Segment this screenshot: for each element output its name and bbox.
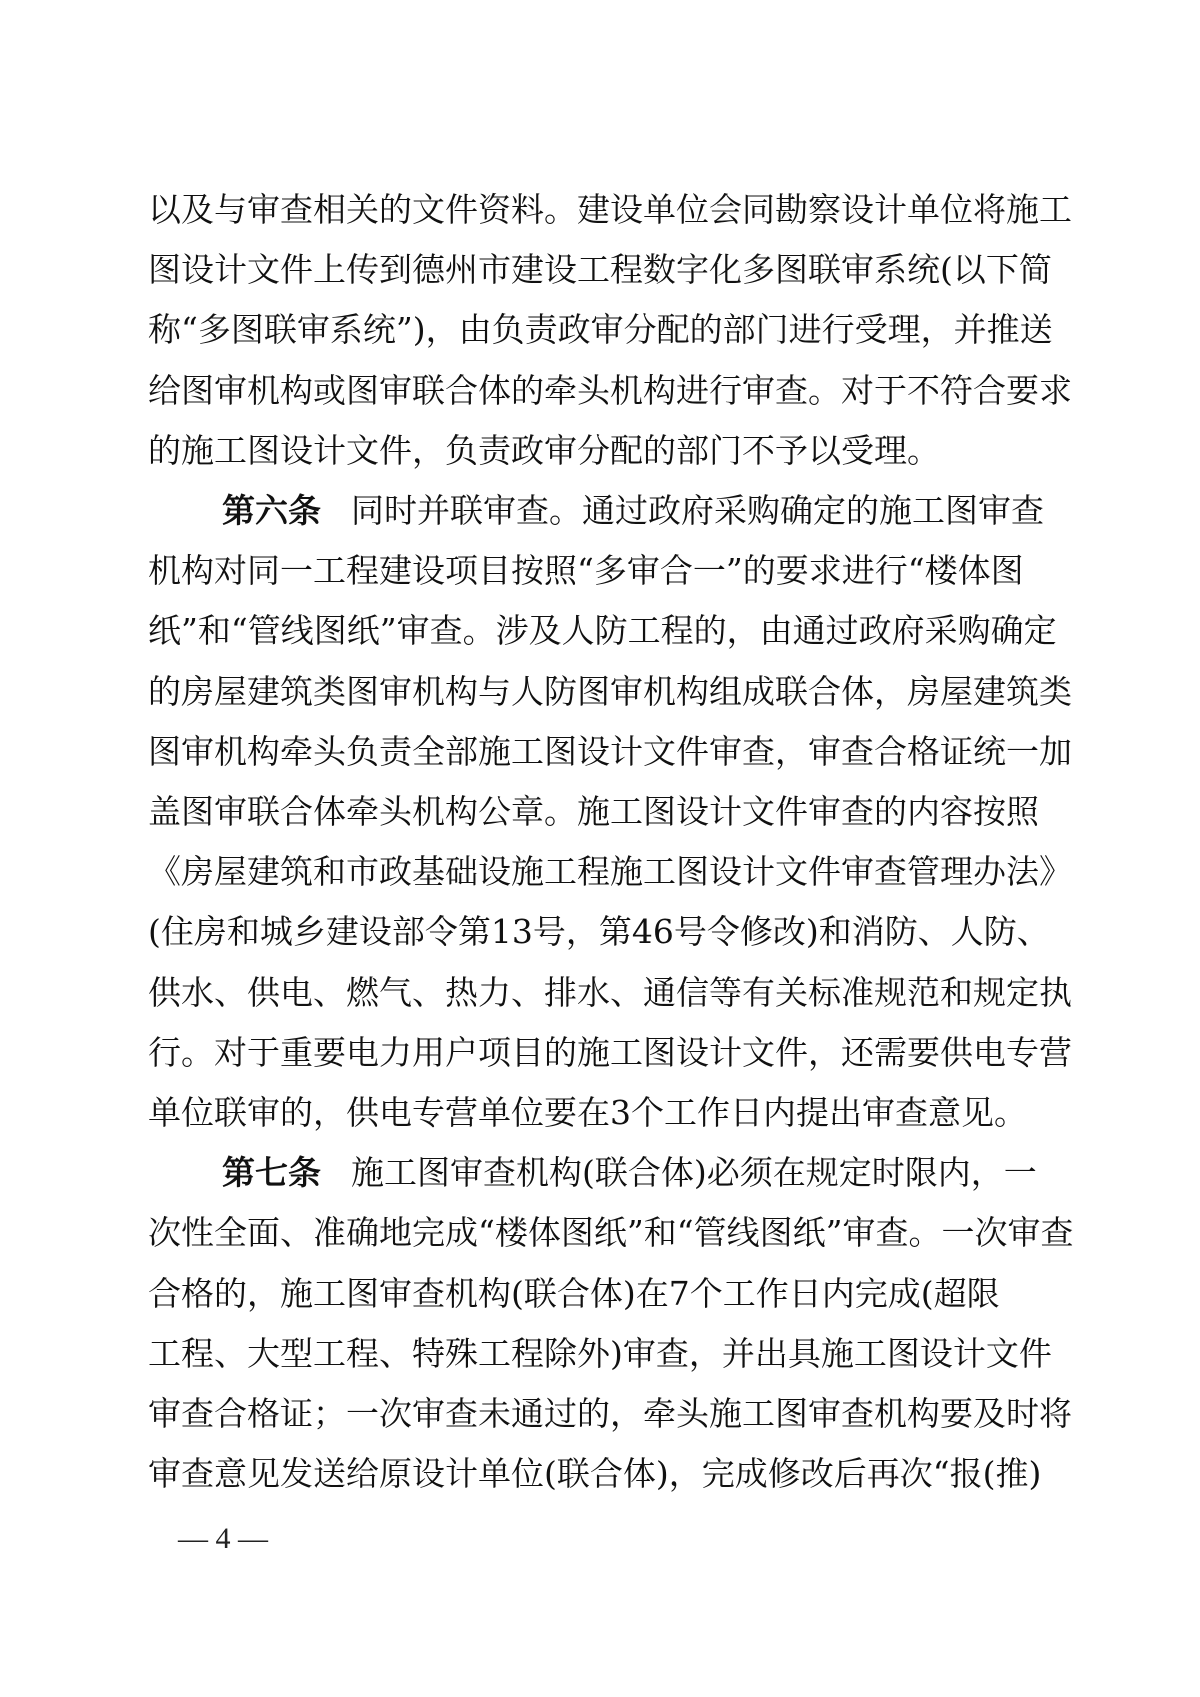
text-line: 图设计文件上传到德州市建设工程数字化多图联审系统(以下简 <box>148 240 968 300</box>
line-text: 次性全面、准确地完成“楼体图纸”和“管线图纸”审查。一次审查 <box>148 1213 1073 1252</box>
text-line: 图审机构牵头负责全部施工图设计文件审查，审查合格证统一加 <box>148 722 968 782</box>
line-text: 审查意见发送给原设计单位(联合体)，完成修改后再次“报(推) <box>148 1454 1041 1493</box>
page-number: — 4 — <box>178 1522 268 1556</box>
line-text: 的房屋建筑类图审机构与人防图审机构组成联合体，房屋建筑类 <box>148 672 1072 711</box>
text-line: 单位联审的，供电专营单位要在3个工作日内提出审查意见。 <box>148 1083 968 1143</box>
text-line: 以及与审查相关的文件资料。建设单位会同勘察设计单位将施工 <box>148 180 968 240</box>
text-line: 的房屋建筑类图审机构与人防图审机构组成联合体，房屋建筑类 <box>148 662 968 722</box>
article-heading: 第六条 <box>222 491 321 530</box>
line-text: 的施工图设计文件，负责政审分配的部门不予以受理。 <box>148 431 940 470</box>
text-line: 工程、大型工程、特殊工程除外)审查，并出具施工图设计文件 <box>148 1324 968 1384</box>
text-line: 次性全面、准确地完成“楼体图纸”和“管线图纸”审查。一次审查 <box>148 1203 968 1263</box>
text-line: 盖图审联合体牵头机构公章。施工图设计文件审查的内容按照 <box>148 782 968 842</box>
line-text: 《房屋建筑和市政基础设施工程施工图设计文件审查管理办法》 <box>148 852 1072 891</box>
line-text: 工程、大型工程、特殊工程除外)审查，并出具施工图设计文件 <box>148 1334 1052 1373</box>
line-text: 图设计文件上传到德州市建设工程数字化多图联审系统(以下简 <box>148 250 1052 289</box>
line-text: 盖图审联合体牵头机构公章。施工图设计文件审查的内容按照 <box>148 792 1039 831</box>
line-text: 称“多图联审系统”)，由负责政审分配的部门进行受理，并推送 <box>148 310 1053 349</box>
text-line: 审查合格证；一次审查未通过的，牵头施工图审查机构要及时将 <box>148 1384 968 1444</box>
line-text: 单位联审的，供电专营单位要在3个工作日内提出审查意见。 <box>148 1093 1027 1132</box>
line-text: 合格的，施工图审查机构(联合体)在7个工作日内完成(超限 <box>148 1274 1000 1313</box>
line-text: 图审机构牵头负责全部施工图设计文件审查，审查合格证统一加 <box>148 732 1072 771</box>
line-text: 供水、供电、燃气、热力、排水、通信等有关标准规范和规定执 <box>148 973 1072 1012</box>
line-text: 行。对于重要电力用户项目的施工图设计文件，还需要供电专营 <box>148 1033 1072 1072</box>
line-text: 机构对同一工程建设项目按照“多审合一”的要求进行“楼体图 <box>148 551 1024 590</box>
line-text: 施工图审查机构(联合体)必须在规定时限内，一 <box>351 1153 1037 1192</box>
article-line: 第六条同时并联审查。通过政府采购确定的施工图审查 <box>148 481 968 541</box>
line-text: 给图审机构或图审联合体的牵头机构进行审查。对于不符合要求 <box>148 371 1072 410</box>
text-line: 审查意见发送给原设计单位(联合体)，完成修改后再次“报(推) <box>148 1444 968 1504</box>
line-text: 同时并联审查。通过政府采购确定的施工图审查 <box>351 491 1044 530</box>
line-text: (住房和城乡建设部令第13号，第46号令修改)和消防、人防、 <box>148 912 1050 951</box>
text-line: 称“多图联审系统”)，由负责政审分配的部门进行受理，并推送 <box>148 300 968 360</box>
text-line: 的施工图设计文件，负责政审分配的部门不予以受理。 <box>148 421 968 481</box>
article-heading: 第七条 <box>222 1153 321 1192</box>
line-text: 以及与审查相关的文件资料。建设单位会同勘察设计单位将施工 <box>148 190 1072 229</box>
article-line: 第七条施工图审查机构(联合体)必须在规定时限内，一 <box>148 1143 968 1203</box>
text-line: (住房和城乡建设部令第13号，第46号令修改)和消防、人防、 <box>148 902 968 962</box>
text-line: 机构对同一工程建设项目按照“多审合一”的要求进行“楼体图 <box>148 541 968 601</box>
line-text: 纸”和“管线图纸”审查。涉及人防工程的，由通过政府采购确定 <box>148 611 1057 650</box>
text-line: 行。对于重要电力用户项目的施工图设计文件，还需要供电专营 <box>148 1023 968 1083</box>
text-line: 纸”和“管线图纸”审查。涉及人防工程的，由通过政府采购确定 <box>148 601 968 661</box>
text-line: 供水、供电、燃气、热力、排水、通信等有关标准规范和规定执 <box>148 963 968 1023</box>
line-text: 审查合格证；一次审查未通过的，牵头施工图审查机构要及时将 <box>148 1394 1072 1433</box>
text-line: 给图审机构或图审联合体的牵头机构进行审查。对于不符合要求 <box>148 361 968 421</box>
document-page: 以及与审查相关的文件资料。建设单位会同勘察设计单位将施工图设计文件上传到德州市建… <box>0 0 1200 1697</box>
text-line: 合格的，施工图审查机构(联合体)在7个工作日内完成(超限 <box>148 1264 968 1324</box>
text-line: 《房屋建筑和市政基础设施工程施工图设计文件审查管理办法》 <box>148 842 968 902</box>
